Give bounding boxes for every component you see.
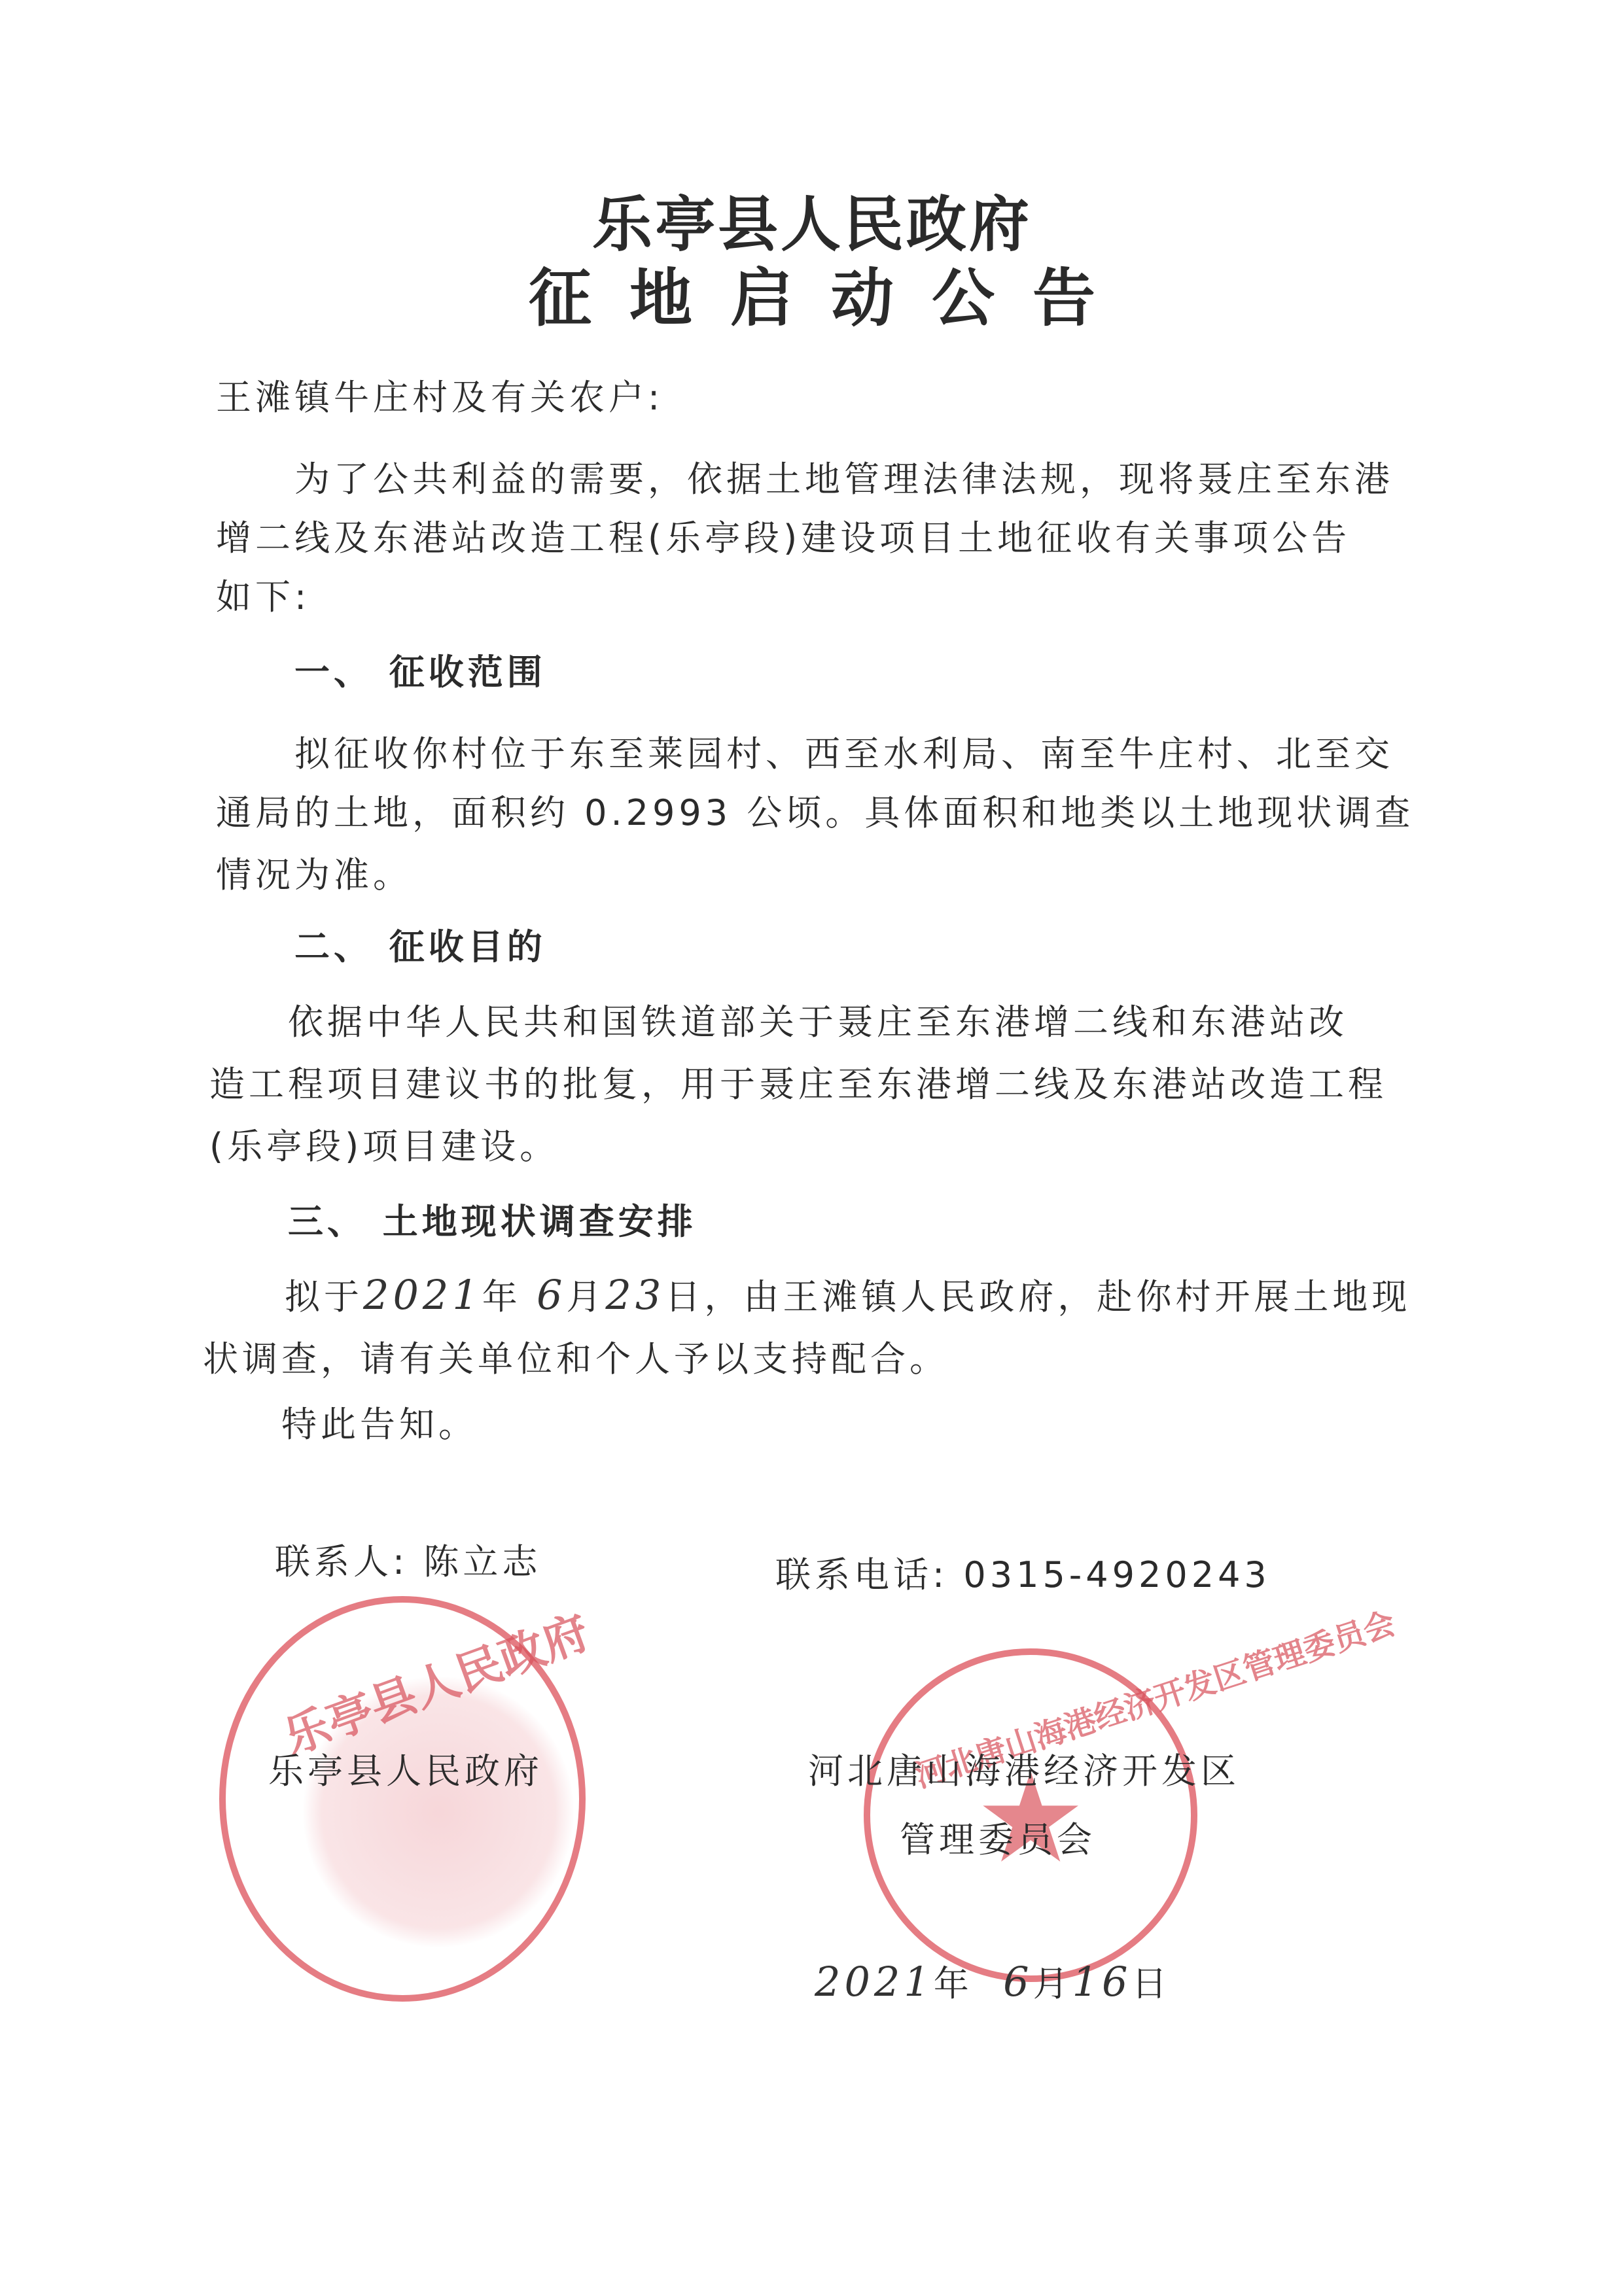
contact-person: 联系人: 陈立志	[275, 1534, 541, 1584]
date-year-unit: 年	[934, 1963, 973, 2004]
closing-remark: 特此告知。	[281, 1397, 478, 1447]
section-purpose-line-2: 造工程项目建议书的批复，用于聂庄至东港增二线及东港站改造工程	[209, 1056, 1387, 1107]
date-day-handwritten: 16	[1072, 1958, 1132, 2006]
signatory-right-line-1: 河北唐山海港经济开发区	[808, 1743, 1240, 1794]
survey-day-unit: 日	[665, 1276, 704, 1317]
survey-year-handwritten: 2021	[363, 1271, 482, 1319]
addressee: 王滩镇牛庄村及有关农户:	[216, 370, 663, 420]
survey-prefix: 拟于	[285, 1276, 363, 1317]
signatory-right-line-2: 管理委员会	[900, 1812, 1096, 1862]
document-date: 2021年 6月16日	[815, 1956, 1171, 2006]
contact-phone-number: 0315-4920243	[963, 1554, 1270, 1595]
survey-year-unit: 年	[482, 1276, 521, 1317]
section-purpose-line-3: (乐亭段)项目建设。	[209, 1119, 559, 1169]
date-day-unit: 日	[1132, 1963, 1171, 2004]
survey-line-2: 状调查，请有关单位和个人予以支持配合。	[203, 1331, 949, 1382]
survey-line-1: 拟于2021年 6月23日，由王滩镇人民政府，赴你村开展土地现	[285, 1269, 1411, 1319]
contact-person-name: 陈立志	[423, 1541, 541, 1582]
date-year-handwritten: 2021	[815, 1958, 934, 2006]
survey-month-handwritten: 6	[537, 1271, 566, 1319]
section-scope-line-1: 拟征收你村位于东至莱园村、西至水利局、南至牛庄村、北至交	[294, 726, 1394, 776]
intro-line-2: 增二线及东港站改造工程(乐亭段)建设项目土地征收有关事项公告	[216, 510, 1350, 561]
survey-suffix: ，由王滩镇人民政府，赴你村开展土地现	[704, 1276, 1411, 1317]
intro-line-1: 为了公共利益的需要，依据土地管理法律法规，现将聂庄至东港	[294, 451, 1394, 502]
survey-day-handwritten: 23	[605, 1271, 665, 1319]
contact-person-label: 联系人:	[275, 1541, 408, 1582]
section-scope-line-2: 通局的土地，面积约 0.2993 公顷。具体面积和地类以土地现状调查	[216, 785, 1414, 835]
section-purpose-line-1: 依据中华人民共和国铁道部关于聂庄至东港增二线和东港站改	[288, 994, 1348, 1045]
intro-line-3: 如下:	[216, 569, 310, 619]
contact-phone: 联系电话: 0315-4920243	[775, 1547, 1271, 1597]
document-title-notice: 征地启动公告	[0, 249, 1624, 338]
section-heading-survey: 三、 土地现状调查安排	[288, 1194, 697, 1244]
signatory-left: 乐亭县人民政府	[268, 1743, 543, 1794]
survey-month-unit: 月	[566, 1276, 605, 1317]
section-scope-line-3: 情况为准。	[216, 847, 412, 897]
section-heading-scope: 一、 征收范围	[294, 644, 546, 695]
section-heading-purpose: 二、 征收目的	[294, 919, 546, 969]
contact-phone-label: 联系电话:	[775, 1554, 948, 1595]
date-month-unit: 月	[1033, 1963, 1072, 2004]
date-month-handwritten: 6	[1003, 1958, 1033, 2006]
